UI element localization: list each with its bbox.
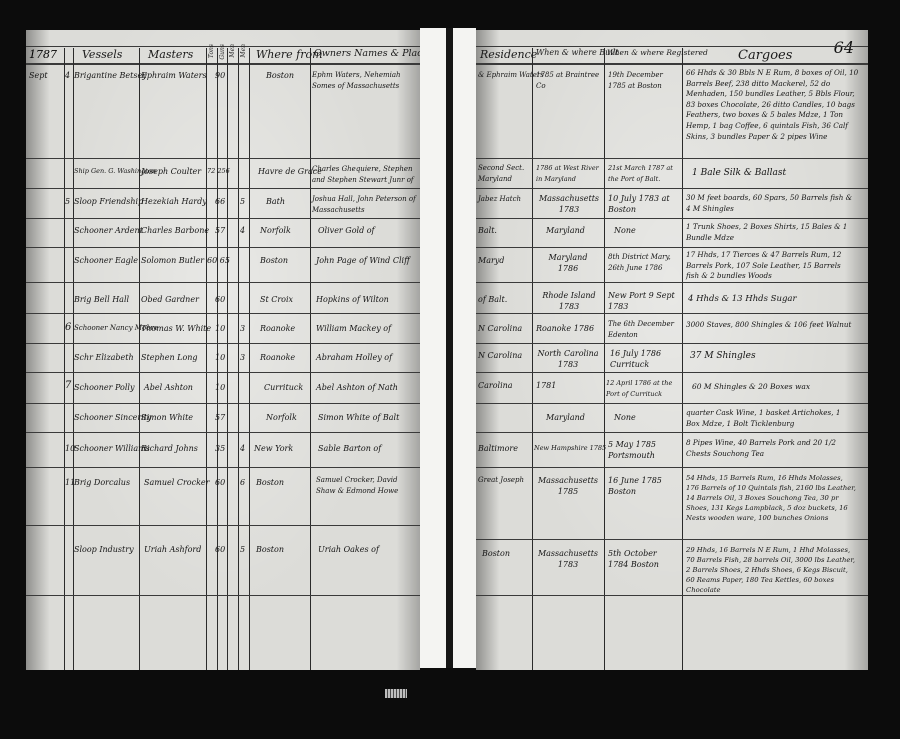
day: 6 [65,322,71,333]
tons: 72 256 [207,166,230,177]
where-from: St Croix [260,294,293,305]
residence: Balt. [478,225,497,236]
where-from: Norfolk [266,412,297,423]
vessel: Schooner Williams [74,443,150,454]
master: Samuel Crocker [144,477,209,488]
men: 4 [240,443,245,454]
vessel: Schooner Eagle [74,255,138,266]
men-header: Men [229,44,236,58]
owners: Abel Ashton of Nath [316,382,398,393]
vessel: Brig Dorcalus [74,477,130,488]
owners: Abraham Holley of [316,352,392,363]
where-from: Boston [256,477,284,488]
residence: Maryd [478,255,504,266]
registered: 21st March 1787 at the Port of Balt. [608,163,682,185]
owners: Simon White of Balt [318,412,399,423]
men: 5 [240,196,245,207]
built: Maryland 1786 [538,252,598,274]
owners: Oliver Gold of [318,225,375,236]
owners-header: Owners Names & Place of [314,48,420,59]
men: 5 [240,544,245,555]
page-number: 64 [834,38,854,57]
registered: 5th October 1784 Boston [608,548,678,570]
master: Simon White [141,412,193,423]
cargo: 66 Hhds & 30 Bbls N E Rum, 8 boxes of Oi… [686,68,862,142]
cargo: 8 Pipes Wine, 40 Barrels Pork and 20 1/2… [686,438,856,459]
tons: 10 [215,352,225,363]
residence: Great Joseph [478,475,524,486]
cargo: 1 Trunk Shoes, 2 Boxes Shirts, 15 Bales … [686,222,856,243]
vessels-header: Vessels [82,48,122,61]
where-from: Bath [266,196,285,207]
built: Massachusetts 1783 [538,193,600,215]
left-gutter-margin [420,28,446,668]
month: Sept [29,70,48,81]
men: 6 [240,477,245,488]
left-ledger-page: 1787 Vessels Masters Tons Guns Men Men W… [26,30,420,670]
owners: Joshua Hall, John Peterson of Massachuse… [312,194,416,216]
owners: Hopkins of Wilton [316,294,389,305]
registered: 12 April 1786 at the Port of Currituck [606,378,682,400]
cargo: 29 Hhds, 16 Barrels N E Rum, 1 Hhd Molas… [686,545,856,595]
masters-header: Masters [148,48,193,61]
residence: & Ephraim Waters [478,70,544,81]
tons: 60 [215,477,225,488]
vessel: Schooner Ardent [74,225,143,236]
vessel: Sloop Industry [74,544,134,555]
owners: Uriah Oakes of [318,544,379,555]
master: Stephen Long [141,352,198,363]
built: North Carolina 1783 [536,348,600,370]
master: Hezekiah Hardy [141,196,207,207]
owners: Samuel Crocker, David Shaw & Edmond Howe [316,475,418,497]
residence: of Balt. [478,294,507,305]
guns-header: Guns [219,44,226,60]
men-header-2: Men [240,44,247,58]
master: Solomon Butler [141,255,204,266]
cargo: 1 Bale Silk & Ballast [692,168,786,179]
built: 1785 at Braintree Co [536,70,600,92]
residence: Boston [482,548,510,559]
cargo: 3000 Staves, 800 Shingles & 106 feet Wal… [686,320,856,331]
built: Maryland [546,412,585,423]
master: Uriah Ashford [144,544,201,555]
built: Rhode Island 1783 [538,290,600,312]
residence: Carolina [478,380,513,391]
residence: N Carolina [478,350,522,361]
cargo: 4 Hhds & 13 Hhds Sugar [688,294,797,305]
built: New Hampshire 1785 [534,443,606,454]
owners: William Mackey of [316,323,391,334]
cargo: 60 M Shingles & 20 Boxes wax [692,381,810,392]
where-from: Roanoke [260,352,295,363]
cargoes-header: Cargoes [738,48,792,63]
vessel: Brig Bell Hall [74,294,129,305]
master: Abel Ashton [144,382,193,393]
registered: 19th December 1785 at Boston [608,70,680,92]
right-ledger-page: 64 Residence When & where Built When & w… [476,30,868,670]
cargo: 37 M Shingles [690,351,756,362]
built: 1781 [536,380,556,391]
where-from-header: Where from [256,48,323,61]
where-from: Boston [266,70,294,81]
master: Obed Gardner [141,294,199,305]
men: 4 [240,225,245,236]
vessel: Schr Elizabeth [74,352,134,363]
master: Ephraim Waters [141,70,207,81]
men: 3 [240,352,245,363]
cargo: 54 Hhds, 15 Barrels Rum, 16 Hhds Molasse… [686,473,856,523]
vessel: Brigantine Betsey [74,70,147,81]
built: Massachusetts 1783 [536,548,600,570]
residence: Jabez Hatch [478,194,521,205]
right-gutter-margin [453,28,476,668]
built: Massachusetts 1785 [536,475,600,497]
tons: 10 [215,382,225,393]
header-rule [26,63,420,65]
registered: None [614,412,636,423]
registered: 16 July 1786 Currituck [610,348,678,370]
built: 1786 at West River in Maryland [536,163,602,185]
registered: 5 May 1785 Portsmouth [608,439,678,461]
registered: 10 July 1783 at Boston [608,193,678,215]
where-from: Boston [260,255,288,266]
year-header: 1787 [29,48,57,61]
tons: 57 [215,225,225,236]
where-from: Roanoke [260,323,295,334]
tons: 60 [215,544,225,555]
vessel: Schooner Sincerity [74,412,152,423]
built: Maryland [546,225,585,236]
tons-header: Tons [208,44,215,58]
residence: N Carolina [478,323,522,334]
vessel: Schooner Polly [74,382,135,393]
registered-header: When & where Registered [607,48,708,57]
where-from: New York [254,443,293,454]
master: Thomas W. White [141,323,211,334]
day: 7 [65,380,71,391]
tons: 66 [215,196,225,207]
residence: Second Sect. Maryland [478,163,530,185]
registered: 16 June 1785 Boston [608,475,678,497]
residence: Baltimore [478,443,518,454]
owners: John Page of Wind Cliff [316,255,410,266]
master: Richard Johns [141,443,198,454]
cargo: 17 Hhds, 17 Tierces & 47 Barrels Rum, 12… [686,250,856,282]
owners: Ephm Waters, Nehemiah Somes of Massachus… [312,70,416,92]
men: 3 [240,323,245,334]
cargo: 30 M feet boards, 60 Spars, 50 Barrels f… [686,193,856,214]
owners: Sable Barton of [318,443,381,454]
master: Joseph Coulter [141,166,201,177]
where-from: Boston [256,544,284,555]
residence-header: Residence [480,48,537,61]
tons: 10 [215,323,225,334]
day: 5 [65,196,70,207]
book-spine [446,28,453,668]
vessel: Sloop Friendship [74,196,143,207]
tons: 60 [215,294,225,305]
tons: 35 [215,443,225,454]
owners: Charles Ghequiere, Stephen and Stephen S… [312,164,416,186]
registered: New Port 9 Sept 1783 [608,290,678,312]
day: 4 [65,70,70,81]
registered: 8th District Mary, 26th June 1786 [608,252,680,274]
microfilm-frame-label [385,689,407,698]
where-from: Norfolk [260,225,291,236]
tons: 60 65 [207,255,230,266]
tons: 57 [215,412,225,423]
registered: The 6th December Edenton [608,319,680,341]
built: Roanoke 1786 [536,323,594,334]
cargo: quarter Cask Wine, 1 basket Artichokes, … [686,408,856,429]
tons: 90 [215,70,225,81]
master: Charles Barbone [141,225,209,236]
registered: None [614,225,636,236]
where-from: Currituck [264,382,303,393]
